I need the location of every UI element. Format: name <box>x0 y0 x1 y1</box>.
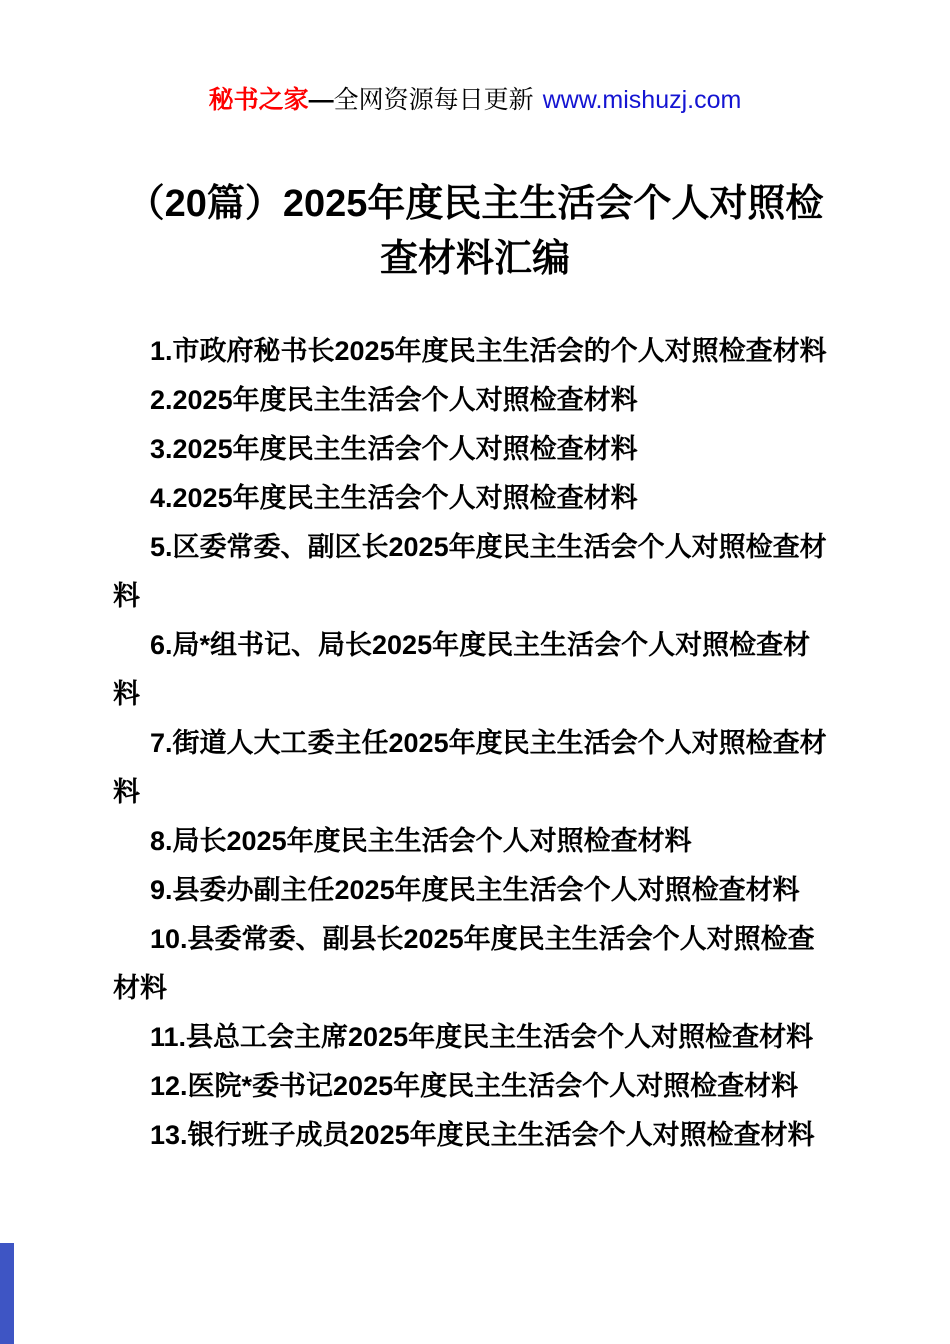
toc-item-5: 5.区委常委、副区长2025年度民主生活会个人对照检查材料 <box>113 523 837 621</box>
toc-item-6: 6.局*组书记、局长2025年度民主生活会个人对照检查材料 <box>113 621 837 719</box>
toc-item-7: 7.街道人大工委主任2025年度民主生活会个人对照检查材料 <box>113 719 837 817</box>
toc-item-9: 9.县委办副主任2025年度民主生活会个人对照检查材料 <box>113 866 837 915</box>
toc-list: 1.市政府秘书长2025年度民主生活会的个人对照检查材料 2.2025年度民主生… <box>113 327 837 1160</box>
page-corner-decoration <box>0 1243 14 1344</box>
site-tagline: 全网资源每日更新 <box>334 86 534 114</box>
document-title: （20篇）2025年度民主生活会个人对照检查材料汇编 <box>113 177 837 287</box>
toc-item-11: 11.县总工会主席2025年度民主生活会个人对照检查材料 <box>113 1013 837 1062</box>
toc-item-13: 13.银行班子成员2025年度民主生活会个人对照检查材料 <box>113 1111 837 1160</box>
site-url[interactable]: www.mishuzj.com <box>543 86 742 114</box>
toc-item-12: 12.医院*委书记2025年度民主生活会个人对照检查材料 <box>113 1062 837 1111</box>
toc-item-4: 4.2025年度民主生活会个人对照检查材料 <box>113 474 837 523</box>
site-header: 秘书之家—全网资源每日更新www.mishuzj.com <box>0 0 950 117</box>
toc-item-8: 8.局长2025年度民主生活会个人对照检查材料 <box>113 817 837 866</box>
toc-item-10: 10.县委常委、副县长2025年度民主生活会个人对照检查材料 <box>113 915 837 1013</box>
dash-separator: — <box>309 86 334 114</box>
document-page: { "colors": { "background": "#FFFFFF", "… <box>0 0 950 1344</box>
toc-item-3: 3.2025年度民主生活会个人对照检查材料 <box>113 425 837 474</box>
site-name: 秘书之家 <box>209 86 309 114</box>
toc-item-2: 2.2025年度民主生活会个人对照检查材料 <box>113 376 837 425</box>
toc-item-1: 1.市政府秘书长2025年度民主生活会的个人对照检查材料 <box>113 327 837 376</box>
